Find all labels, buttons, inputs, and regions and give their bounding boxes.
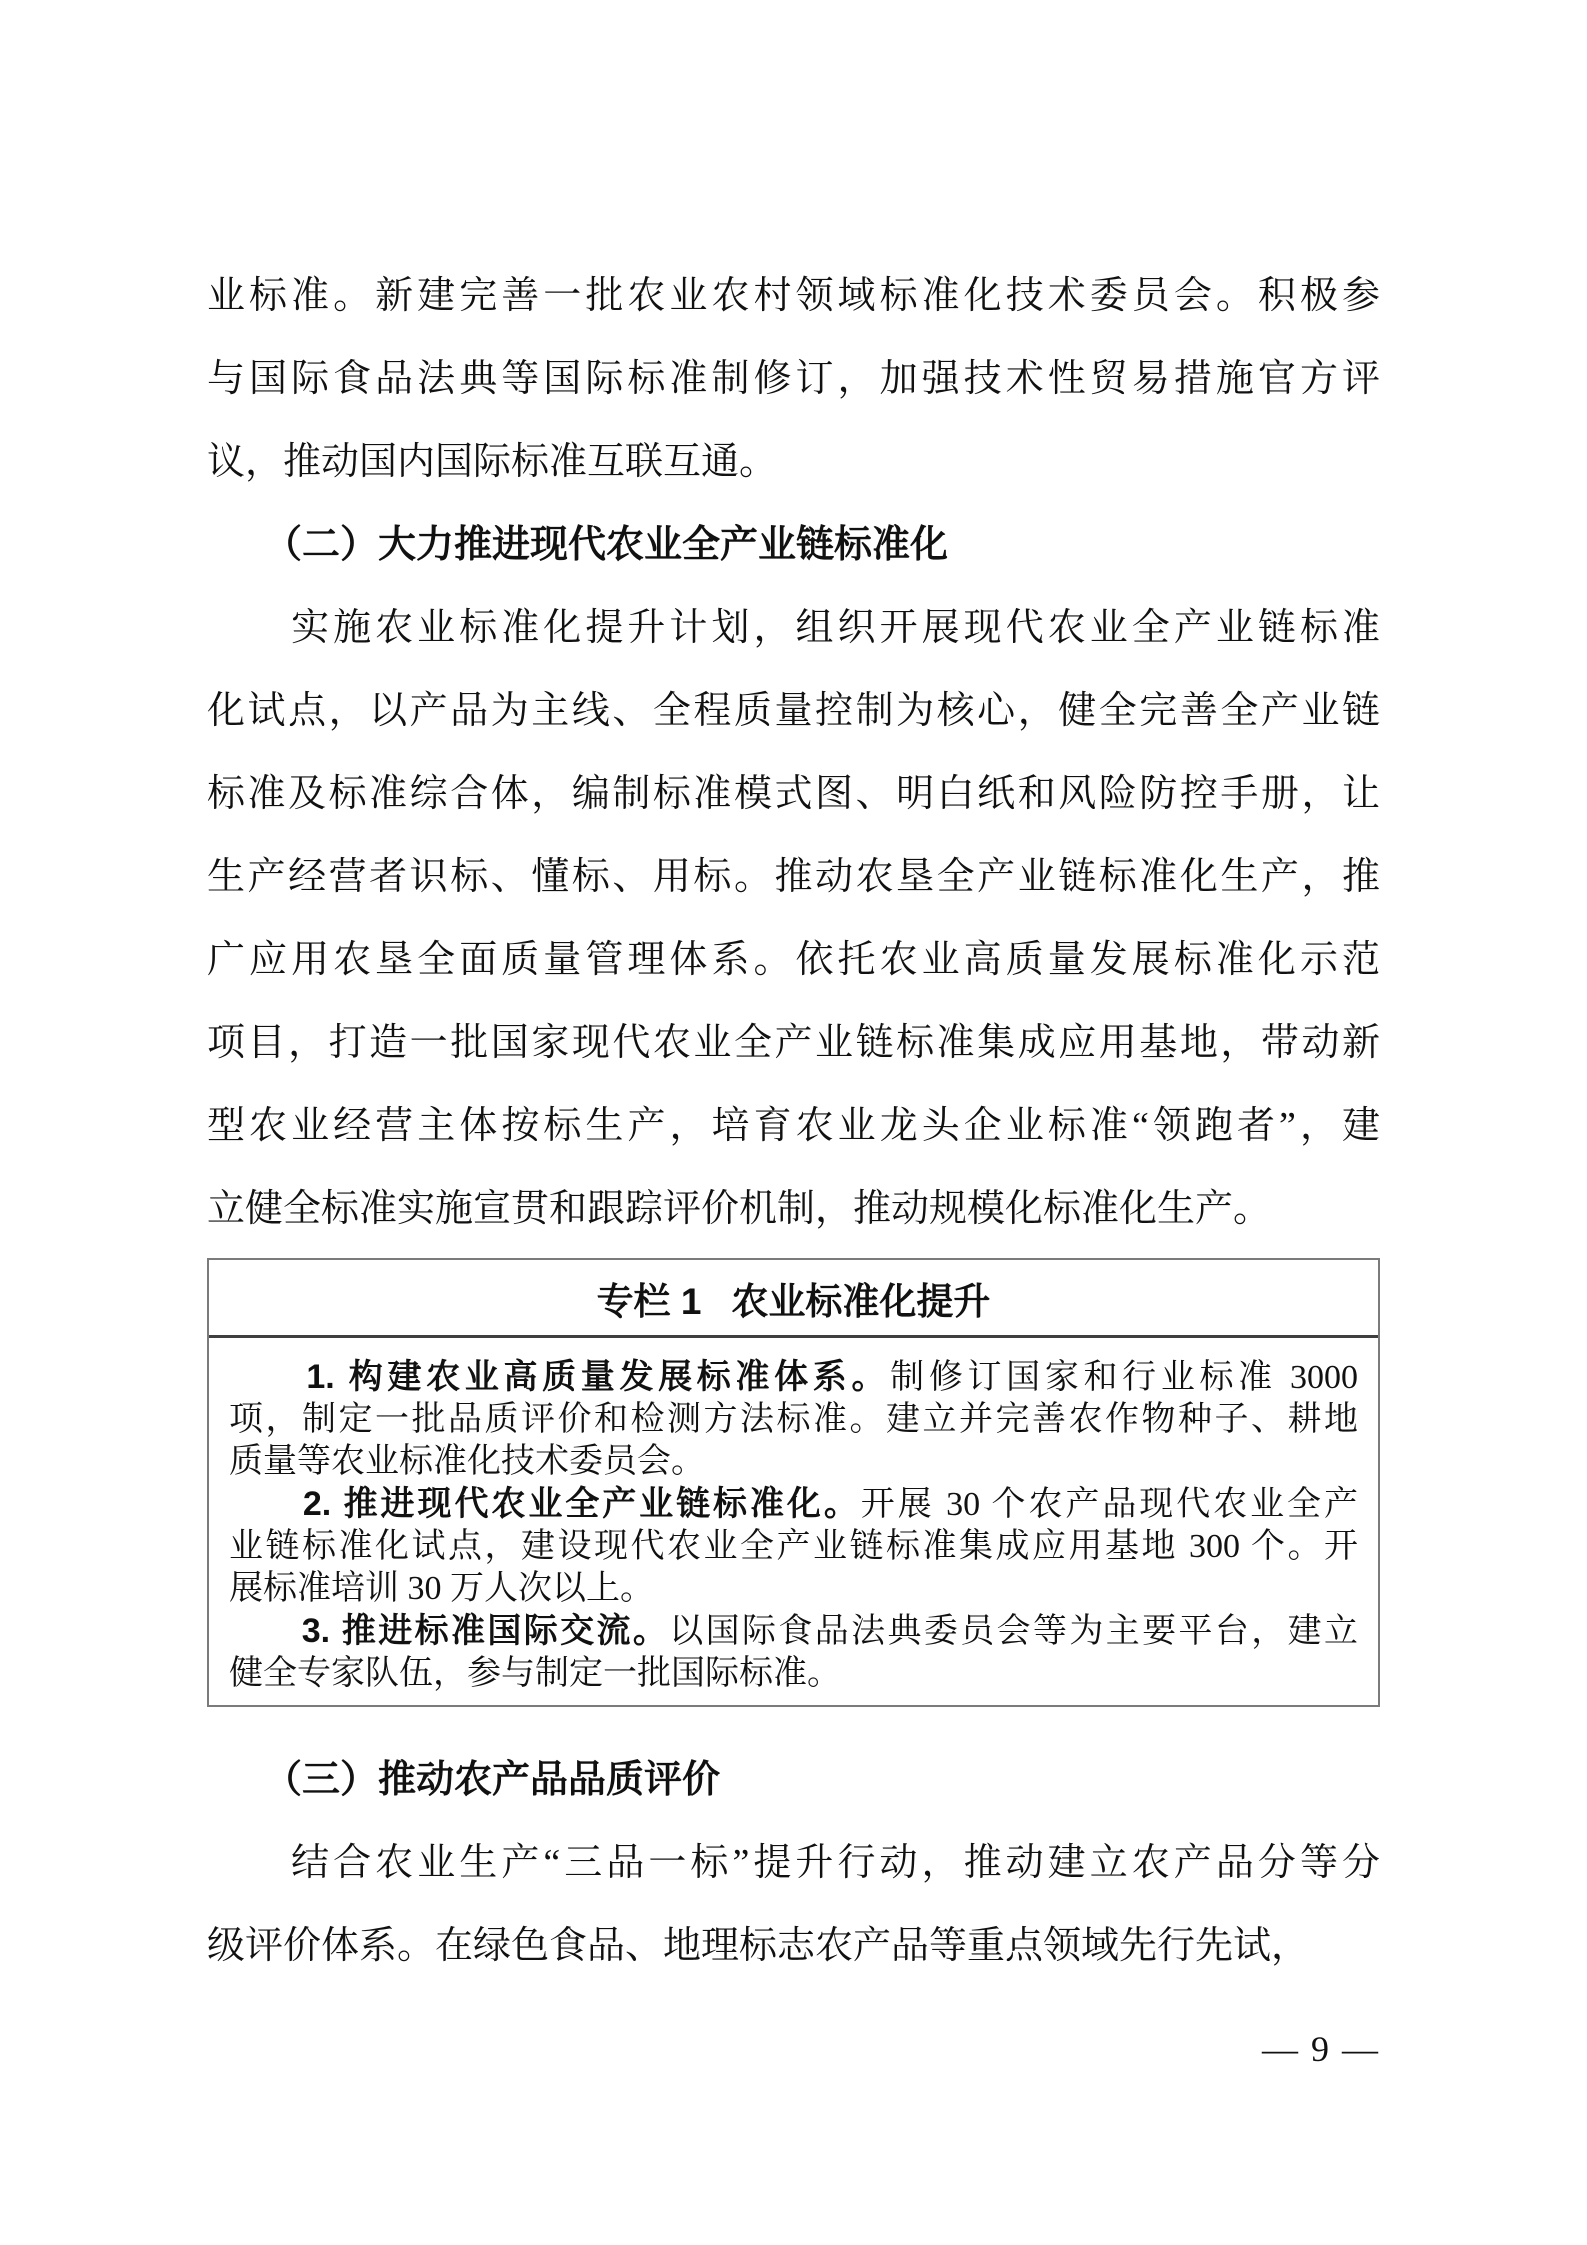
text-line: （二）大力推进现代农业全产业链标准化 [207, 504, 1380, 587]
text-run: 开展 30 个农产品现代农业全产 [861, 1486, 1358, 1523]
text-line: 标准及标准综合体，编制标准模式图、明白纸和风险防控手册，让 [207, 753, 1380, 836]
box-item-1: 1. 构建农业高质量发展标准体系。制修订国家和行业标准 3000项，制定一批品质… [229, 1356, 1358, 1483]
box-body: 1. 构建农业高质量发展标准体系。制修订国家和行业标准 3000项，制定一批品质… [209, 1338, 1378, 1705]
text-line: 展标准培训 30 万人次以上。 [229, 1568, 1358, 1610]
text-line: 化试点，以产品为主线、全程质量控制为核心，健全完善全产业链 [207, 670, 1380, 753]
paragraph-standards-continuation: 业标准。新建完善一批农业农村领域标准化技术委员会。积极参与国际食品法典等国际标准… [207, 255, 1380, 504]
text-run: 议，推动国内国际标准互联互通。 [207, 441, 777, 483]
text-line: （三）推动农产品品质评价 [207, 1739, 1380, 1822]
text-run: 化试点，以产品为主线、全程质量控制为核心，健全完善全产业链 [207, 690, 1380, 732]
text-line: 级评价体系。在绿色食品、地理标志农产品等重点领域先行先试， [207, 1905, 1380, 1988]
page-number: — 9 — [1262, 2029, 1380, 2069]
text-line: 2. 推进现代农业全产业链标准化。开展 30 个农产品现代农业全产 [229, 1483, 1358, 1526]
document-page: 业标准。新建完善一批农业农村领域标准化技术委员会。积极参与国际食品法典等国际标准… [0, 0, 1587, 2245]
section-heading-2: （二）大力推进现代农业全产业链标准化 [207, 504, 1380, 587]
text-line: 项目，打造一批国家现代农业全产业链标准集成应用基地，带动新 [207, 1002, 1380, 1085]
text-line: 与国际食品法典等国际标准制修订，加强技术性贸易措施官方评 [207, 338, 1380, 421]
text-run: 标准及标准综合体，编制标准模式图、明白纸和风险防控手册，让 [207, 773, 1380, 815]
text-column: 业标准。新建完善一批农业农村领域标准化技术委员会。积极参与国际食品法典等国际标准… [207, 255, 1380, 1988]
text-run: 制修订国家和行业标准 3000 [890, 1359, 1358, 1396]
box-title-text: 农业标准化提升 [731, 1271, 990, 1325]
text-run: 业链标准化试点，建设现代农业全产业链标准集成应用基地 300 个。开 [229, 1528, 1358, 1565]
text-line: 实施农业标准化提升计划，组织开展现代农业全产业链标准 [207, 587, 1380, 670]
text-line: 健全专家队伍，参与制定一批国际标准。 [229, 1653, 1358, 1695]
text-run: 生产经营者识标、懂标、用标。推动农垦全产业链标准化生产，推 [207, 856, 1380, 898]
text-line: 生产经营者识标、懂标、用标。推动农垦全产业链标准化生产，推 [207, 836, 1380, 919]
text-run: 业标准。新建完善一批农业农村领域标准化技术委员会。积极参 [207, 275, 1380, 317]
text-line: 结合农业生产“三品一标”提升行动，推动建立农产品分等分 [207, 1822, 1380, 1905]
text-line: 广应用农垦全面质量管理体系。依托农业高质量发展标准化示范 [207, 919, 1380, 1002]
text-run: 立健全标准实施宣贯和跟踪评价机制，推动规模化标准化生产。 [207, 1188, 1271, 1230]
bold-run: 3. 推进标准国际交流。 [229, 1612, 669, 1650]
text-line: 1. 构建农业高质量发展标准体系。制修订国家和行业标准 3000 [229, 1356, 1358, 1399]
bold-run: （二）大力推进现代农业全产业链标准化 [207, 524, 948, 566]
box-item-3: 3. 推进标准国际交流。以国际食品法典委员会等为主要平台，建立健全专家队伍，参与… [229, 1610, 1358, 1695]
text-line: 型农业经营主体按标生产，培育农业龙头企业标准“领跑者”，建 [207, 1085, 1380, 1168]
text-run: 与国际食品法典等国际标准制修订，加强技术性贸易措施官方评 [207, 358, 1380, 400]
box-title-label: 专栏 1 [597, 1271, 702, 1325]
text-run: 项目，打造一批国家现代农业全产业链标准集成应用基地，带动新 [207, 1022, 1380, 1064]
text-line: 立健全标准实施宣贯和跟踪评价机制，推动规模化标准化生产。 [207, 1168, 1380, 1251]
page-footer: — 9 — [207, 2028, 1380, 2071]
text-run: 质量等农业标准化技术委员会。 [229, 1443, 705, 1480]
bold-run: （三）推动农产品品质评价 [207, 1759, 720, 1801]
bold-run: 2. 推进现代农业全产业链标准化。 [229, 1485, 861, 1523]
text-run: 项，制定一批品质评价和检测方法标准。建立并完善农作物种子、耕地 [229, 1401, 1358, 1438]
paragraph-full-chain-standardization: 实施农业标准化提升计划，组织开展现代农业全产业链标准化试点，以产品为主线、全程质… [207, 587, 1380, 1251]
text-run: 广应用农垦全面质量管理体系。依托农业高质量发展标准化示范 [207, 939, 1380, 981]
text-run: 实施农业标准化提升计划，组织开展现代农业全产业链标准 [207, 607, 1380, 649]
text-run: 型农业经营主体按标生产，培育农业龙头企业标准“领跑者”，建 [207, 1105, 1380, 1147]
text-line: 议，推动国内国际标准互联互通。 [207, 421, 1380, 504]
paragraph-quality-evaluation: 结合农业生产“三品一标”提升行动，推动建立农产品分等分级评价体系。在绿色食品、地… [207, 1822, 1380, 1988]
text-line: 项，制定一批品质评价和检测方法标准。建立并完善农作物种子、耕地 [229, 1399, 1358, 1441]
text-run: 展标准培训 30 万人次以上。 [229, 1570, 654, 1607]
text-line: 3. 推进标准国际交流。以国际食品法典委员会等为主要平台，建立 [229, 1610, 1358, 1653]
column-box-agricultural-standardization: 专栏 1 农业标准化提升 1. 构建农业高质量发展标准体系。制修订国家和行业标准… [207, 1258, 1380, 1707]
box-item-2: 2. 推进现代农业全产业链标准化。开展 30 个农产品现代农业全产业链标准化试点… [229, 1483, 1358, 1610]
text-line: 质量等农业标准化技术委员会。 [229, 1441, 1358, 1483]
text-line: 业标准。新建完善一批农业农村领域标准化技术委员会。积极参 [207, 255, 1380, 338]
text-run: 结合农业生产“三品一标”提升行动，推动建立农产品分等分 [207, 1842, 1380, 1884]
text-line: 业链标准化试点，建设现代农业全产业链标准集成应用基地 300 个。开 [229, 1526, 1358, 1568]
text-run: 级评价体系。在绿色食品、地理标志农产品等重点领域先行先试， [207, 1925, 1309, 1967]
bold-run: 1. 构建农业高质量发展标准体系。 [229, 1358, 890, 1396]
box-title-row: 专栏 1 农业标准化提升 [209, 1260, 1378, 1338]
text-run: 健全专家队伍，参与制定一批国际标准。 [229, 1655, 841, 1692]
section-heading-3: （三）推动农产品品质评价 [207, 1739, 1380, 1822]
text-run: 以国际食品法典委员会等为主要平台，建立 [669, 1613, 1358, 1650]
